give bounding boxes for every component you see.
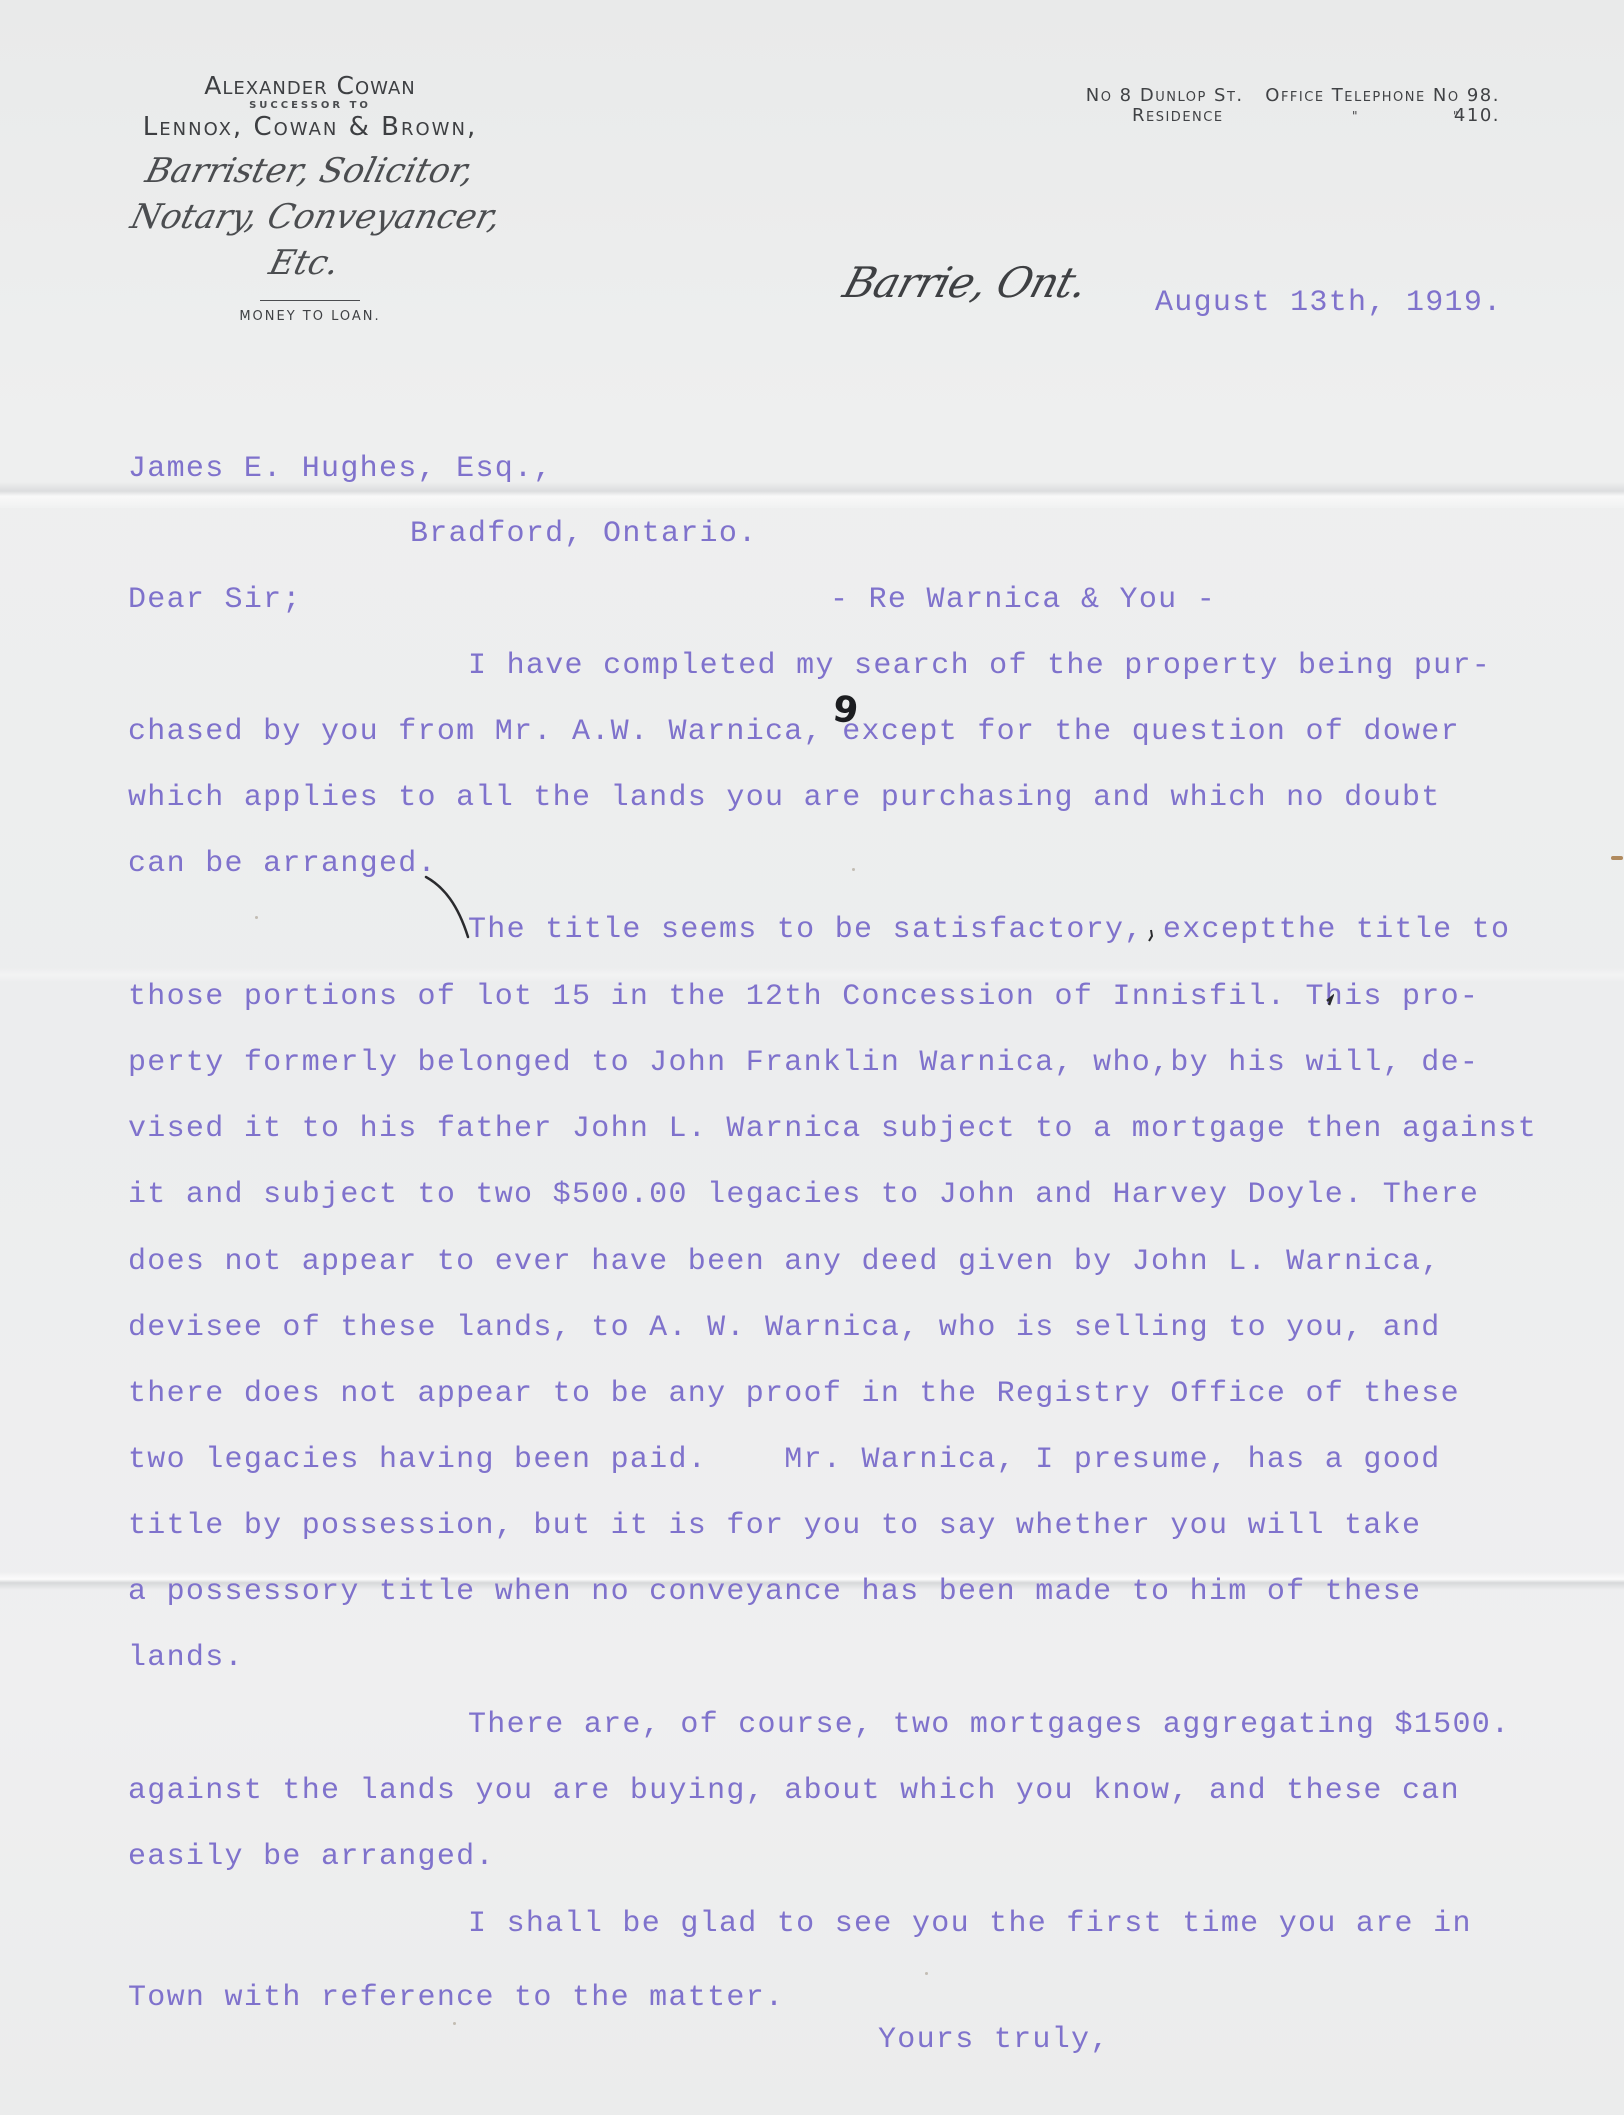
letterhead-money-to-loan: MONEY TO LOAN. <box>100 309 520 324</box>
body-line: against the lands you are buying, about … <box>128 1774 1460 1808</box>
handwritten-comma <box>1324 993 1334 1007</box>
paper-blemish <box>1611 856 1623 860</box>
letterhead-residence-row: Residence " " 410. <box>960 106 1500 126</box>
body-line: I shall be glad to see you the first tim… <box>468 1907 1472 1941</box>
handwritten-comma <box>1146 928 1156 942</box>
letterhead-residence-phone: 410. <box>1454 106 1500 126</box>
paper-speck <box>852 868 855 871</box>
letter-date: August 13th, 1919. <box>1155 286 1502 320</box>
body-line: Town with reference to the matter. <box>128 1981 784 2015</box>
letterhead-titles-1: Barrister, Solicitor, <box>94 148 525 194</box>
paper-speck <box>925 1972 928 1975</box>
letterhead-name: Alexander Cowan <box>100 72 520 100</box>
letterhead-left: Alexander Cowan SUCCESSOR TO Lennox, Cow… <box>100 72 520 324</box>
letterhead-contact-row: No 8 Dunlop St. Office Telephone No 98. <box>960 86 1500 106</box>
body-line: chased by you from Mr. A.W. Warnica, exc… <box>128 715 1460 749</box>
letterhead-titles-2: Notary, Conveyancer, Etc. <box>89 194 532 286</box>
letterhead-right: No 8 Dunlop St. Office Telephone No 98. … <box>960 86 1500 126</box>
recipient-name: James E. Hughes, Esq., <box>128 452 553 486</box>
body-line: there does not appear to be any proof in… <box>128 1377 1460 1411</box>
salutation: Dear Sir; <box>128 583 302 617</box>
body-line: easily be arranged. <box>128 1840 495 1874</box>
paper-speck <box>453 2022 456 2025</box>
letterhead-place: Barrie, Ont. <box>838 258 1093 307</box>
body-line: devisee of these lands, to A. W. Warnica… <box>128 1311 1441 1345</box>
letterhead-address: No 8 Dunlop St. <box>1086 85 1244 106</box>
letterhead-rule <box>260 300 360 301</box>
letterhead-office-phone-label: Office Telephone No <box>1265 85 1459 106</box>
body-line: title by possession, but it is for you t… <box>128 1509 1421 1543</box>
letterhead-firm: Lennox, Cowan & Brown, <box>100 112 520 142</box>
body-line: two legacies having been paid. Mr. Warni… <box>128 1443 1441 1477</box>
body-line: I have completed my search of the proper… <box>468 649 1491 683</box>
body-line: There are, of course, two mortgages aggr… <box>468 1708 1510 1742</box>
body-line: perty formerly belonged to John Franklin… <box>128 1046 1479 1080</box>
subject-line: - Re Warnica & You - <box>830 583 1216 617</box>
closing: Yours truly, <box>878 2023 1110 2057</box>
letterhead-office-phone: 98. <box>1467 85 1500 106</box>
body-line: can be arranged. <box>128 847 437 881</box>
letterhead-successor: SUCCESSOR TO <box>100 100 520 112</box>
body-line: it and subject to two $500.00 legacies t… <box>128 1178 1479 1212</box>
body-line: does not appear to ever have been any de… <box>128 1245 1441 1279</box>
ditto-mark: " <box>1352 106 1359 126</box>
recipient-location: Bradford, Ontario. <box>410 517 757 551</box>
letterhead-residence-label: Residence <box>1132 106 1224 126</box>
body-line: a possessory title when no conveyance ha… <box>128 1575 1421 1609</box>
body-line: those portions of lot 15 in the 12th Con… <box>128 980 1479 1014</box>
paper-speck <box>255 916 258 919</box>
body-line: lands. <box>128 1641 244 1675</box>
body-line: vised it to his father John L. Warnica s… <box>128 1112 1537 1146</box>
body-line: which applies to all the lands you are p… <box>128 781 1441 815</box>
body-line: The title seems to be satisfactory, exce… <box>468 913 1510 947</box>
handwritten-stroke <box>424 875 484 940</box>
